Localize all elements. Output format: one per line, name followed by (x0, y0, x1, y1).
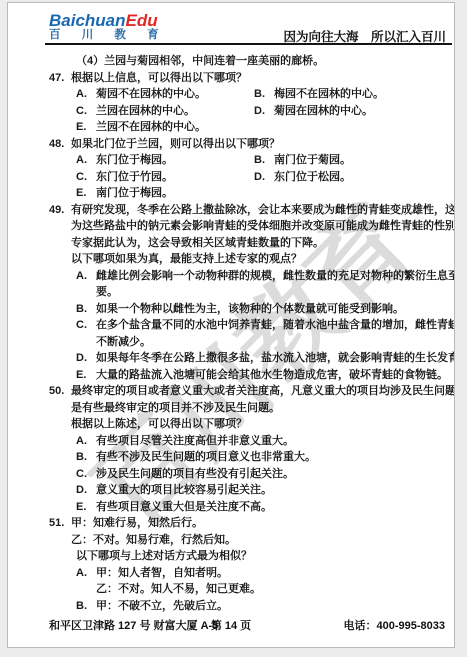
text-line: D.如果每年冬季在公路上撒很多盐，盐水流入池塘，就会影响青蛙的生长发育过程。 (8, 350, 454, 367)
option-text: 有些项目意义重大但是关注度不高。 (96, 499, 272, 516)
text-line: 49.有研究发现，冬季在公路上撒盐除冰，会让本来要成为雌性的青蛙变成雄性，这是因 (8, 202, 454, 219)
text-line: 专家据此认为，这会导致相关区域青蛙数量的下降。 (8, 235, 454, 252)
brand-logo-chinese: 百 川 教 育 (49, 29, 168, 42)
option-letter: A. (76, 152, 87, 169)
brand-logo: BaichuanEdu 百 川 教 育 (49, 12, 168, 42)
continuation-text: 根据以上陈述，可以得出以下哪项？ (71, 416, 247, 433)
option-letter: D. (254, 169, 265, 186)
text-line: A.甲：知人者智，自知者明。 (8, 565, 454, 582)
question-number: 47. (49, 70, 64, 87)
option-text: 意义重大的项目比较容易引起关注。 (96, 482, 272, 499)
text-line: E.南门位于梅园。 (8, 185, 454, 202)
question-text: 最终审定的项目或者意义重大或者关注度高，凡意义重大的项目均涉及民生问题，但 (71, 383, 455, 400)
option-letter: C. (76, 466, 87, 483)
option-letter: A. (76, 268, 87, 285)
option-letter: A. (76, 433, 87, 450)
page-footer: 和平区卫津路 127 号 财富大厦 A-5 第 14 页 电话：400-995-… (8, 617, 454, 635)
option-letter: D. (76, 350, 87, 367)
option-text: 兰园不在园林的中心。 (96, 119, 206, 136)
text-line: 50.最终审定的项目或者意义重大或者关注度高，凡意义重大的项目均涉及民生问题，但 (8, 383, 454, 400)
option-letter: C. (76, 103, 87, 120)
option-text: 南门位于菊园。 (274, 152, 351, 169)
text-line: D.意义重大的项目比较容易引起关注。 (8, 482, 454, 499)
option-text: 如果每年冬季在公路上撒很多盐，盐水流入池塘，就会影响青蛙的生长发育过程。 (96, 350, 455, 367)
option-text: 大量的路盐流入池塘可能会给其他水生物造成危害，破坏青蛙的食物链。 (96, 367, 448, 384)
text-line: C.在多个盐含量不同的水池中饲养青蛙，随着水池中盐含量的增加，雌性青蛙的数量 (8, 317, 454, 334)
option-text: 在多个盐含量不同的水池中饲养青蛙，随着水池中盐含量的增加，雌性青蛙的数量 (96, 317, 455, 334)
option-text: 东门位于竹园。 (96, 169, 173, 186)
question-number: 51. (49, 515, 64, 532)
text-line: C.兰园在园林的中心。D.菊园在园林的中心。 (8, 103, 454, 120)
question-text: 有研究发现，冬季在公路上撒盐除冰，会让本来要成为雌性的青蛙变成雄性，这是因 (71, 202, 455, 219)
option-text: 菊园在园林的中心。 (274, 103, 373, 120)
continuation-text: 专家据此认为，这会导致相关区域青蛙数量的下降。 (71, 235, 324, 252)
text-line: 是有些最终审定的项目并不涉及民生问题。 (8, 400, 454, 417)
continuation-text: 要。 (96, 284, 118, 301)
text-line: A.有些项目尽管关注度高但并非意义重大。 (8, 433, 454, 450)
option-letter: D. (254, 103, 265, 120)
text-line: E.兰园不在园林的中心。 (8, 119, 454, 136)
option-text: 甲：知人者智，自知者明。 (96, 565, 228, 582)
document-body: （4）兰园与菊园相邻，中间连着一座美丽的廊桥。47.根据以上信息，可以得出以下哪… (8, 53, 454, 614)
option-text: 东门位于梅园。 (96, 152, 173, 169)
question-text: 如果北门位于兰园，则可以得出以下哪项？ (71, 136, 280, 153)
continuation-text: 乙：不对。知易行难，行然后知。 (71, 532, 236, 549)
text-line: A.雌雄比例会影响一个动物种群的规模，雌性数量的充足对物种的繁衍生息至关重 (8, 268, 454, 285)
continuation-text: 为这些路盐中的钠元素会影响青蛙的受体细胞并改变原可能成为雌性青蛙的性别。有 (71, 218, 455, 235)
text-line: 48.如果北门位于兰园，则可以得出以下哪项？ (8, 136, 454, 153)
text-line: 51.甲：知难行易，知然后行。 (8, 515, 454, 532)
text-line: C.涉及民生问题的项目有些没有引起关注。 (8, 466, 454, 483)
option-text: 菊园不在园林的中心。 (96, 86, 206, 103)
option-letter: A. (76, 86, 87, 103)
option-text: 南门位于梅园。 (96, 185, 173, 202)
text-line: A.东门位于梅园。B.南门位于菊园。 (8, 152, 454, 169)
option-letter: E. (76, 499, 86, 516)
brand-logo-wordmark: BaichuanEdu (49, 12, 168, 29)
option-letter: A. (76, 565, 87, 582)
text-line: A.菊园不在园林的中心。B.梅园不在园林的中心。 (8, 86, 454, 103)
option-text: 梅园不在园林的中心。 (274, 86, 384, 103)
option-letter: E. (76, 367, 86, 384)
text-line: （4）兰园与菊园相邻，中间连着一座美丽的廊桥。 (8, 53, 454, 70)
text-line: 为这些路盐中的钠元素会影响青蛙的受体细胞并改变原可能成为雌性青蛙的性别。有 (8, 218, 454, 235)
text-line: 乙：不对。知人不易，知己更难。 (8, 581, 454, 598)
question-text: 根据以上信息，可以得出以下哪项？ (71, 70, 247, 87)
option-text: 兰园在园林的中心。 (96, 103, 195, 120)
header-divider (45, 43, 452, 45)
question-number: 48. (49, 136, 64, 153)
option-letter: B. (76, 449, 87, 466)
option-letter: C. (76, 169, 87, 186)
continuation-text: 乙：不对。知人不易，知己更难。 (96, 581, 261, 598)
option-letter: E. (76, 185, 86, 202)
option-letter: C. (76, 317, 87, 334)
option-text: 东门位于松园。 (274, 169, 351, 186)
option-letter: B. (76, 301, 87, 318)
brand-logo-text-red: Edu (126, 11, 158, 30)
document-page: BaichuanEdu 百 川 教 育 因为向往大海 所以汇入百川 百川教育 （… (7, 2, 455, 648)
continuation-text: 不断减少。 (96, 334, 151, 351)
continuation-text: 是有些最终审定的项目并不涉及民生问题。 (71, 400, 280, 417)
text-line: 根据以上陈述，可以得出以下哪项？ (8, 416, 454, 433)
text-line: E.有些项目意义重大但是关注度不高。 (8, 499, 454, 516)
brand-logo-text-blue: Baichuan (49, 11, 126, 30)
footer-phone: 电话：400-995-8033 (343, 617, 445, 633)
text-line: 要。 (8, 284, 454, 301)
text-line: 以下哪项如果为真，最能支持上述专家的观点？ (8, 251, 454, 268)
text-line: 以下哪项与上述对话方式最为相似？ (8, 548, 454, 565)
option-letter: D. (76, 482, 87, 499)
option-text: 有些项目尽管关注度高但并非意义重大。 (96, 433, 294, 450)
continuation-text: （4）兰园与菊园相邻，中间连着一座美丽的廊桥。 (76, 53, 324, 70)
question-number: 50. (49, 383, 64, 400)
text-line: C.东门位于竹园。D.东门位于松园。 (8, 169, 454, 186)
text-line: E.大量的路盐流入池塘可能会给其他水生物造成危害，破坏青蛙的食物链。 (8, 367, 454, 384)
option-text: 雌雄比例会影响一个动物种群的规模，雌性数量的充足对物种的繁衍生息至关重 (96, 268, 455, 285)
option-text: 甲：不破不立，先破后立。 (96, 598, 228, 615)
question-text: 甲：知难行易，知然后行。 (71, 515, 203, 532)
option-letter: B. (254, 152, 265, 169)
option-text: 如果一个物种以雌性为主，该物种的个体数量就可能受到影响。 (96, 301, 404, 318)
text-line: B.有些不涉及民生问题的项目意义也非常重大。 (8, 449, 454, 466)
text-line: 不断减少。 (8, 334, 454, 351)
option-letter: B. (76, 598, 87, 615)
question-number: 49. (49, 202, 64, 219)
option-text: 涉及民生问题的项目有些没有引起关注。 (96, 466, 294, 483)
continuation-text: 以下哪项与上述对话方式最为相似？ (76, 548, 252, 565)
text-line: B.如果一个物种以雌性为主，该物种的个体数量就可能受到影响。 (8, 301, 454, 318)
text-line: 47.根据以上信息，可以得出以下哪项？ (8, 70, 454, 87)
option-letter: E. (76, 119, 86, 136)
option-text: 有些不涉及民生问题的项目意义也非常重大。 (96, 449, 316, 466)
text-line: B.甲：不破不立，先破后立。 (8, 598, 454, 615)
continuation-text: 以下哪项如果为真，最能支持上述专家的观点？ (71, 251, 302, 268)
text-line: 乙：不对。知易行难，行然后知。 (8, 532, 454, 549)
option-letter: B. (254, 86, 265, 103)
